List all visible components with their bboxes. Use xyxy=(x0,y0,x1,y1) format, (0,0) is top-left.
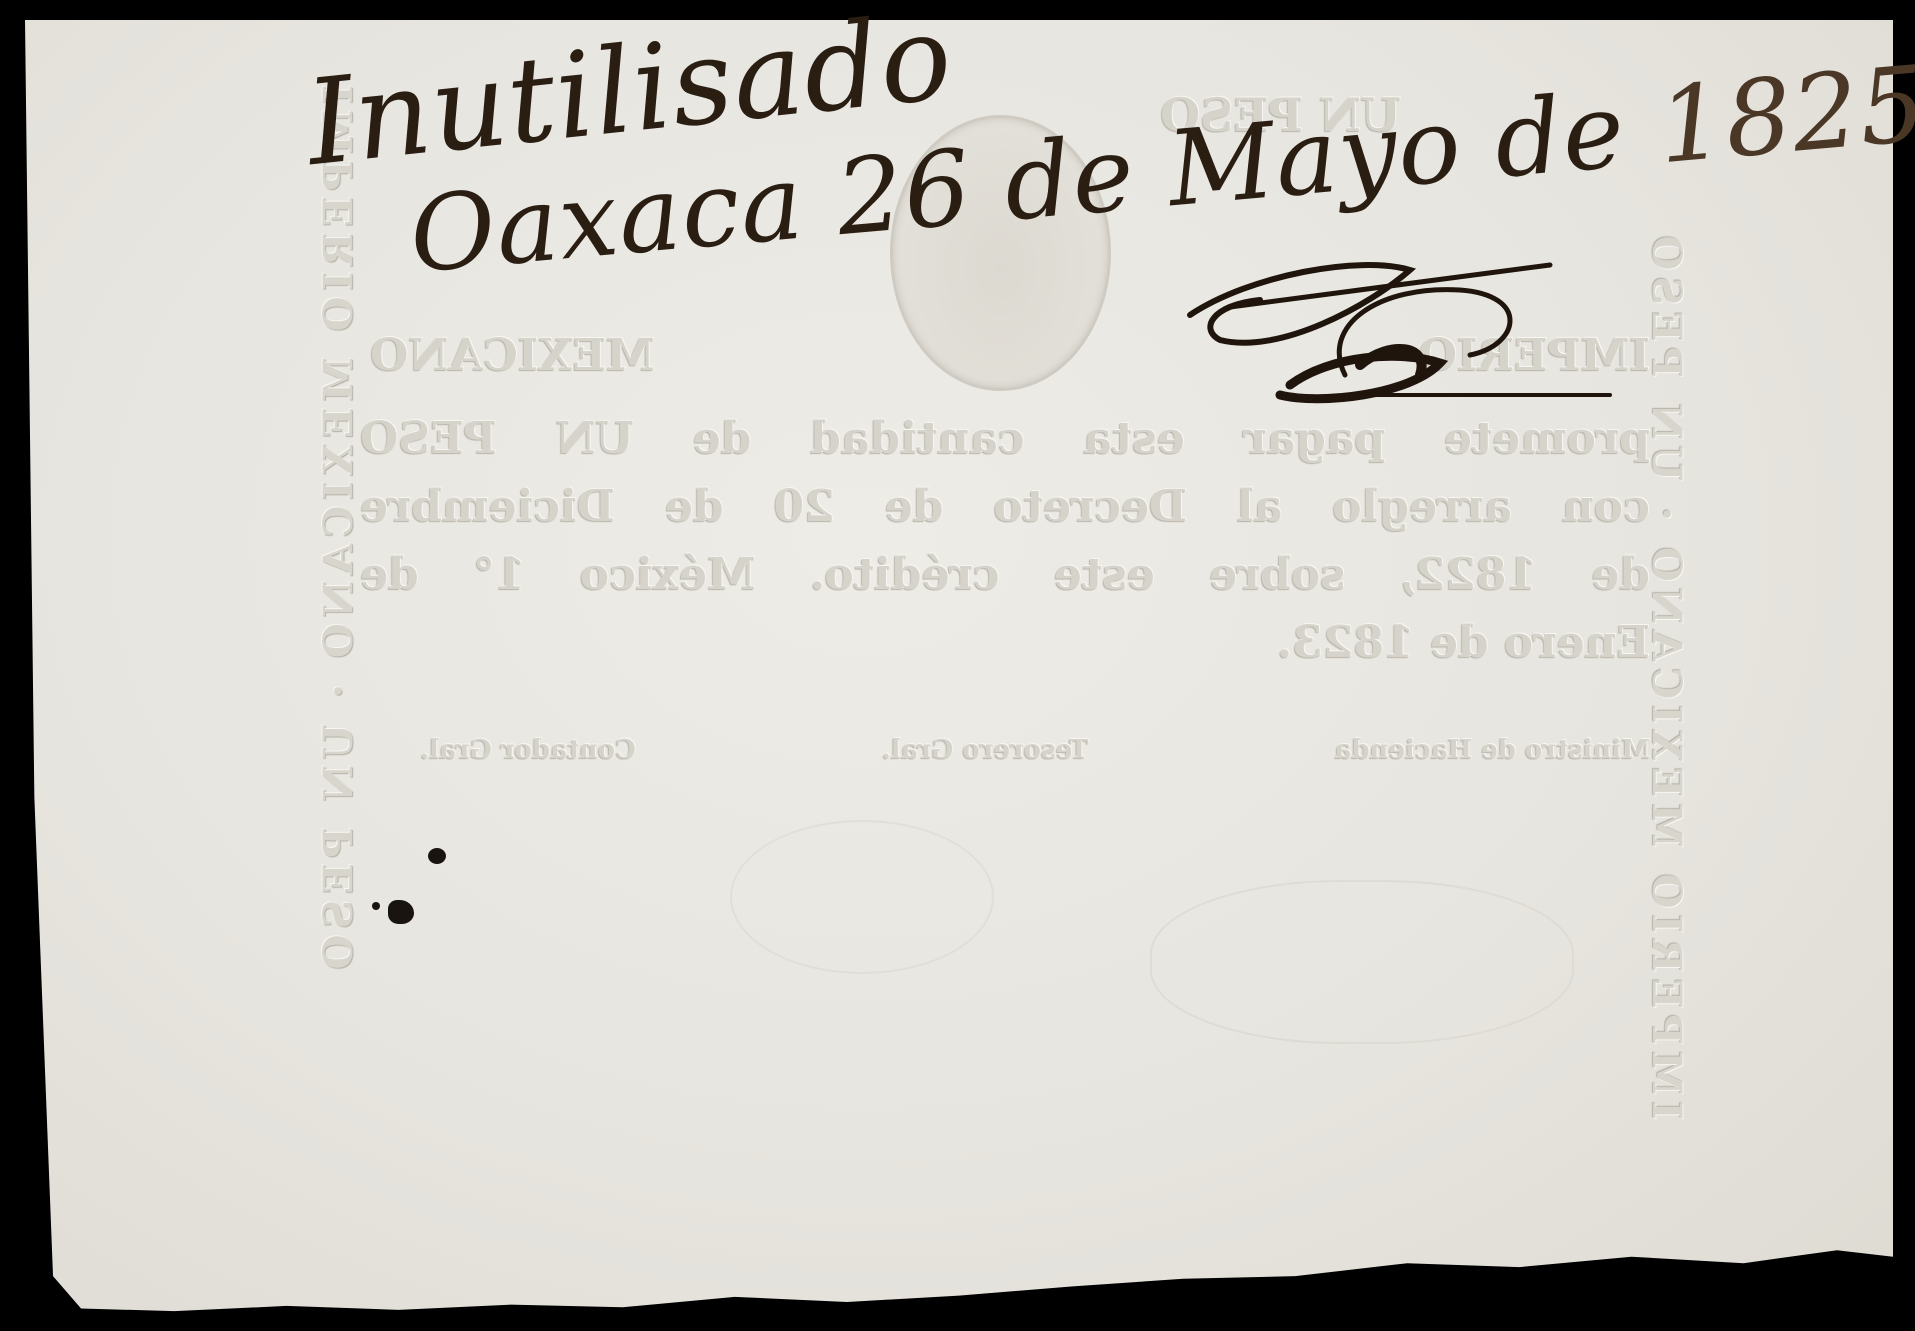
right-border-emboss: IMPERIO MEXICANO · UN PESO xyxy=(1643,229,1690,1120)
signer-title: Tesorero Gral. xyxy=(882,735,1089,765)
mirrored-body-text: promete pagar esta cantidad de UN PESO c… xyxy=(360,405,1650,677)
signer-title: Contador Gral. xyxy=(420,735,636,765)
mirrored-body-line: de 1822, sobre este crédito. México 1° d… xyxy=(360,541,1650,609)
left-border-emboss: IMPERIO MEXICANO · UN PESO xyxy=(315,85,362,976)
mirrored-body-line: promete pagar esta cantidad de UN PESO xyxy=(360,405,1650,473)
signer-title: Ministro de Hacienda xyxy=(1334,735,1650,765)
mirrored-body-line: Enero de 1823. xyxy=(360,609,1650,677)
signature-rubric-icon xyxy=(1170,245,1630,415)
mirrored-signer-titles: Ministro de Hacienda Tesorero Gral. Cont… xyxy=(420,735,1650,765)
lower-seal-emboss-left xyxy=(730,820,994,974)
mirrored-body-line: con arreglo al Decreto de 20 de Diciembr… xyxy=(360,473,1650,541)
handwritten-year: 1825 xyxy=(1653,42,1915,187)
mirrored-header-right: MEXICANO xyxy=(370,330,655,381)
ink-blot xyxy=(428,848,446,864)
lower-seal-emboss-right xyxy=(1150,880,1574,1044)
ink-blot xyxy=(372,902,380,910)
ink-blot xyxy=(388,900,414,924)
